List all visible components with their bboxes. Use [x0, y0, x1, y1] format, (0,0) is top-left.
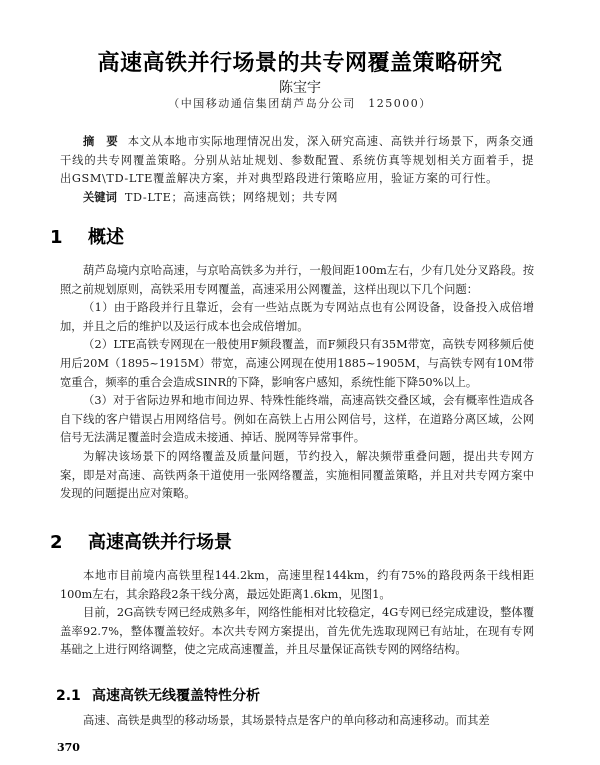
- subsection-number: 2.1: [56, 686, 92, 706]
- keywords-text: TD-LTE；高速高铁；网络规划；共专网: [125, 191, 338, 204]
- section-number: 1: [50, 226, 88, 250]
- author-name: 陈宝宇: [0, 79, 600, 97]
- paragraph: 为解决该场景下的网络覆盖及质量问题，节约投入，解决频带重叠问题，提出共专网方案，…: [60, 448, 534, 504]
- paper-title: 高速高铁并行场景的共专网覆盖策略研究: [0, 50, 600, 78]
- section-heading-2: 2高速高铁并行场景: [50, 531, 232, 555]
- abstract-paragraph: 摘 要本文从本地市实际地理情况出发，深入研究高速、高铁并行场景下，两条交通干线的…: [60, 133, 534, 189]
- author-affiliation: （中国移动通信集团葫芦岛分公司 125000）: [0, 96, 600, 112]
- section-title: 高速高铁并行场景: [88, 532, 232, 553]
- keywords-line: 关键词TD-LTE；高速高铁；网络规划；共专网: [60, 189, 534, 208]
- section-1-body: 葫芦岛境内京哈高速，与京哈高铁多为并行，一般间距100m左右，少有几处分叉路段。…: [60, 262, 534, 504]
- abstract-block: 摘 要本文从本地市实际地理情况出发，深入研究高速、高铁并行场景下，两条交通干线的…: [60, 133, 534, 207]
- subsection-title: 高速高铁无线覆盖特性分析: [92, 688, 260, 704]
- section-title: 概述: [88, 227, 124, 248]
- keywords-label: 关键词: [83, 191, 117, 204]
- paragraph: （2）LTE高铁专网现在一般使用F频段覆盖，而F频段只有35M带宽，高铁专网移频…: [60, 336, 534, 392]
- paragraph: （1）由于路段并行且靠近，会有一些站点既为专网站点也有公网设备，设备投入成倍增加…: [60, 299, 534, 336]
- paragraph: 本地市目前境内高铁里程144.2km，高速里程144km，约有75%的路段两条干…: [60, 567, 534, 604]
- section-2-body: 本地市目前境内高铁里程144.2km，高速里程144km，约有75%的路段两条干…: [60, 567, 534, 660]
- subsection-2-1-body: 高速、高铁是典型的移动场景，其场景特点是客户的单向移动和高速移动。而其差: [60, 712, 534, 731]
- paragraph: 葫芦岛境内京哈高速，与京哈高铁多为并行，一般间距100m左右，少有几处分叉路段。…: [60, 262, 534, 299]
- abstract-text: 本文从本地市实际地理情况出发，深入研究高速、高铁并行场景下，两条交通干线的共专网…: [60, 135, 534, 185]
- page-number: 370: [57, 741, 80, 754]
- paragraph: （3）对于省际边界和地市间边界、特殊性能终端，高速高铁交叠区域，会有概率性造成各…: [60, 392, 534, 448]
- paragraph: 目前，2G高铁专网已经成熟多年，网络性能相对比较稳定，4G专网已经完成建设，整体…: [60, 604, 534, 660]
- paragraph: 高速、高铁是典型的移动场景，其场景特点是客户的单向移动和高速移动。而其差: [60, 712, 534, 731]
- section-number: 2: [50, 531, 88, 555]
- section-heading-1: 1概述: [50, 226, 124, 250]
- subsection-heading-2-1: 2.1高速高铁无线覆盖特性分析: [56, 686, 260, 706]
- abstract-label: 摘 要: [83, 135, 122, 148]
